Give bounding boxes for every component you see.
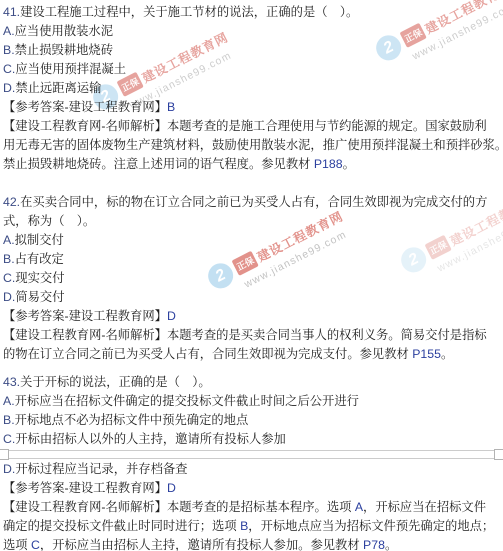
text-segment: 在买卖合同中，标的物在订立合同之前已为买受人占有，合同生效即视为完成交付的方 <box>20 195 487 209</box>
q41-option-b: B.禁止损毁耕地烧砖 <box>3 41 503 60</box>
text-segment: 42. <box>3 195 20 209</box>
text-segment: ，开标应当由招标人主持，邀请所有投标人参加。参见教材 <box>40 538 363 551</box>
text-segment: D <box>167 309 176 323</box>
text-segment: C <box>31 538 40 551</box>
text-segment: 禁止远距离运输 <box>15 81 101 95</box>
q41-question: 41.建设工程施工过程中，关于施工节材的说法，正确的是（ ）。 <box>3 3 503 22</box>
text-segment: D <box>167 481 176 495</box>
text-segment: B. <box>3 252 15 266</box>
text-segment: 应当使用预拌混凝土 <box>15 62 126 76</box>
text-segment: 建设工程施工过程中，关于施工节材的说法，正确的是（ ）。 <box>20 5 358 19</box>
text-segment: B. <box>3 43 15 57</box>
text-segment: 简易交付 <box>15 290 64 304</box>
q42-option-c: C.现实交付 <box>3 269 503 288</box>
q43-analysis-1: 【建设工程教育网-名师解析】本题考查的是招标基本程序。选项 A，开标应当在招标文… <box>3 498 503 517</box>
question-block-42: 42.在买卖合同中，标的物在订立合同之前已为买受人占有，合同生效即视为完成交付的… <box>3 193 503 364</box>
q43-option-b: B.开标地点不必为招标文件中预先确定的地点 <box>3 411 503 430</box>
text-segment: C. <box>3 432 15 446</box>
q41-analysis-1: 【建设工程教育网-名师解析】本题考查的是施工合理使用与节约能源的规定。国家鼓励利 <box>3 117 503 136</box>
text-segment: 【建设工程教育网-名师解析】本题考查的是招标基本程序。选项 <box>3 500 355 514</box>
text-segment: 确定的提交投标文件截止时同时进行；选项 <box>3 519 240 533</box>
text-segment: D. <box>3 81 15 95</box>
text-segment: 43. <box>3 375 20 389</box>
text-segment: B. <box>3 413 15 427</box>
q43-analysis-2: 确定的提交投标文件截止时同时进行；选项 B，开标地点应当为招标文件预先确定的地点… <box>3 517 503 536</box>
text-segment: ，开标应当在招标文件 <box>363 500 486 514</box>
text-segment: 现实交付 <box>15 271 64 285</box>
text-segment: 【建设工程教育网-名师解析】本题考查的是买卖合同当事人的权利义务。简易交付是指标 <box>3 328 487 342</box>
text-segment: 。 <box>343 157 355 171</box>
q41-option-d: D.禁止远距离运输 <box>3 79 503 98</box>
q43-answer: 【参考答案-建设工程教育网】D <box>3 479 503 498</box>
q41-analysis-3: 禁止损毁耕地烧砖。注意上述用词的语气程度。参见教材 P188。 <box>3 155 503 174</box>
text-segment: C. <box>3 62 15 76</box>
page-break-right-mark <box>494 449 503 460</box>
q42-option-a: A.拟制交付 <box>3 231 503 250</box>
text-segment: 应当使用散装水泥 <box>15 24 113 38</box>
q41-answer: 【参考答案-建设工程教育网】B <box>3 98 503 117</box>
q42-analysis-2: 的物在订立合同之前已为买受人占有，合同生效即视为完成支付。参见教材 P155。 <box>3 345 503 364</box>
text-segment: A. <box>3 394 15 408</box>
q41-option-c: C.应当使用预拌混凝土 <box>3 60 503 79</box>
document-body: 41.建设工程施工过程中，关于施工节材的说法，正确的是（ ）。A.应当使用散装水… <box>0 0 503 551</box>
text-segment: ，开标地点应当为招标文件预先确定的地点； <box>248 519 494 533</box>
q42-question-1: 42.在买卖合同中，标的物在订立合同之前已为买受人占有，合同生效即视为完成交付的… <box>3 193 503 212</box>
text-segment: A <box>355 500 363 514</box>
q41-option-a: A.应当使用散装水泥 <box>3 22 503 41</box>
q42-analysis-1: 【建设工程教育网-名师解析】本题考查的是买卖合同当事人的权利义务。简易交付是指标 <box>3 326 503 345</box>
text-segment: 禁止损毁耕地烧砖 <box>15 43 113 57</box>
text-segment: 。 <box>441 347 453 361</box>
q43-option-a: A.开标应当在招标文件确定的提交投标文件截止时间之后公开进行 <box>3 392 503 411</box>
question-block-43: 43.关于开标的说法，正确的是（ ）。A.开标应当在招标文件确定的提交投标文件截… <box>3 373 503 551</box>
text-segment: 【参考答案-建设工程教育网】 <box>3 100 167 114</box>
q43-option-c: C.开标由招标人以外的人主持，邀请所有投标人参加 <box>3 430 503 449</box>
text-segment: 禁止损毁耕地烧砖。注意上述用词的语气程度。参见教材 <box>3 157 314 171</box>
page-break-divider <box>0 450 503 459</box>
q42-answer: 【参考答案-建设工程教育网】D <box>3 307 503 326</box>
text-segment: A. <box>3 233 15 247</box>
text-segment: 开标应当在招标文件确定的提交投标文件截止时间之后公开进行 <box>15 394 359 408</box>
text-segment: P188 <box>314 157 343 171</box>
q42-option-d: D.简易交付 <box>3 288 503 307</box>
q42-option-b: B.占有改定 <box>3 250 503 269</box>
text-segment: 关于开标的说法，正确的是（ ）。 <box>20 375 211 389</box>
text-segment: 【建设工程教育网-名师解析】本题考查的是施工合理使用与节约能源的规定。国家鼓励利 <box>3 119 487 133</box>
text-segment: 用无毒无害的固体废物生产建筑材料，鼓励使用散装水泥，推广使用预拌混凝土和预拌砂浆… <box>3 138 503 152</box>
question-block-41: 41.建设工程施工过程中，关于施工节材的说法，正确的是（ ）。A.应当使用散装水… <box>3 3 503 174</box>
page-break-left-mark <box>0 449 9 460</box>
text-segment: C. <box>3 271 15 285</box>
text-segment: D. <box>3 290 15 304</box>
q43-question: 43.关于开标的说法，正确的是（ ）。 <box>3 373 503 392</box>
q43-analysis-3: 选项 C，开标应当由招标人主持，邀请所有投标人参加。参见教材 P78。 <box>3 536 503 551</box>
text-segment: 开标地点不必为招标文件中预先确定的地点 <box>15 413 249 427</box>
text-segment: 式，称为（ ）。 <box>3 214 95 228</box>
text-segment: 【参考答案-建设工程教育网】 <box>3 309 167 323</box>
text-segment: 开标过程应当记录，并存档备查 <box>15 462 187 476</box>
text-segment: 【参考答案-建设工程教育网】 <box>3 481 167 495</box>
exam-document-page: { "colors": { "text": "#1c1c1c", "questi… <box>0 0 503 551</box>
text-segment: B <box>167 100 175 114</box>
text-segment: 开标由招标人以外的人主持，邀请所有投标人参加 <box>15 432 286 446</box>
text-segment: P155 <box>412 347 441 361</box>
text-segment: 选项 <box>3 538 31 551</box>
text-segment: D. <box>3 462 15 476</box>
q42-question-2: 式，称为（ ）。 <box>3 212 503 231</box>
text-segment: 占有改定 <box>15 252 64 266</box>
text-segment: 的物在订立合同之前已为买受人占有，合同生效即视为完成支付。参见教材 <box>3 347 412 361</box>
text-segment: 。 <box>385 538 397 551</box>
text-segment: 拟制交付 <box>15 233 64 247</box>
text-segment: P78 <box>363 538 385 551</box>
text-segment: A. <box>3 24 15 38</box>
q41-analysis-2: 用无毒无害的固体废物生产建筑材料，鼓励使用散装水泥，推广使用预拌混凝土和预拌砂浆… <box>3 136 503 155</box>
text-segment: 41. <box>3 5 20 19</box>
q43-option-d: D.开标过程应当记录，并存档备查 <box>3 460 503 479</box>
